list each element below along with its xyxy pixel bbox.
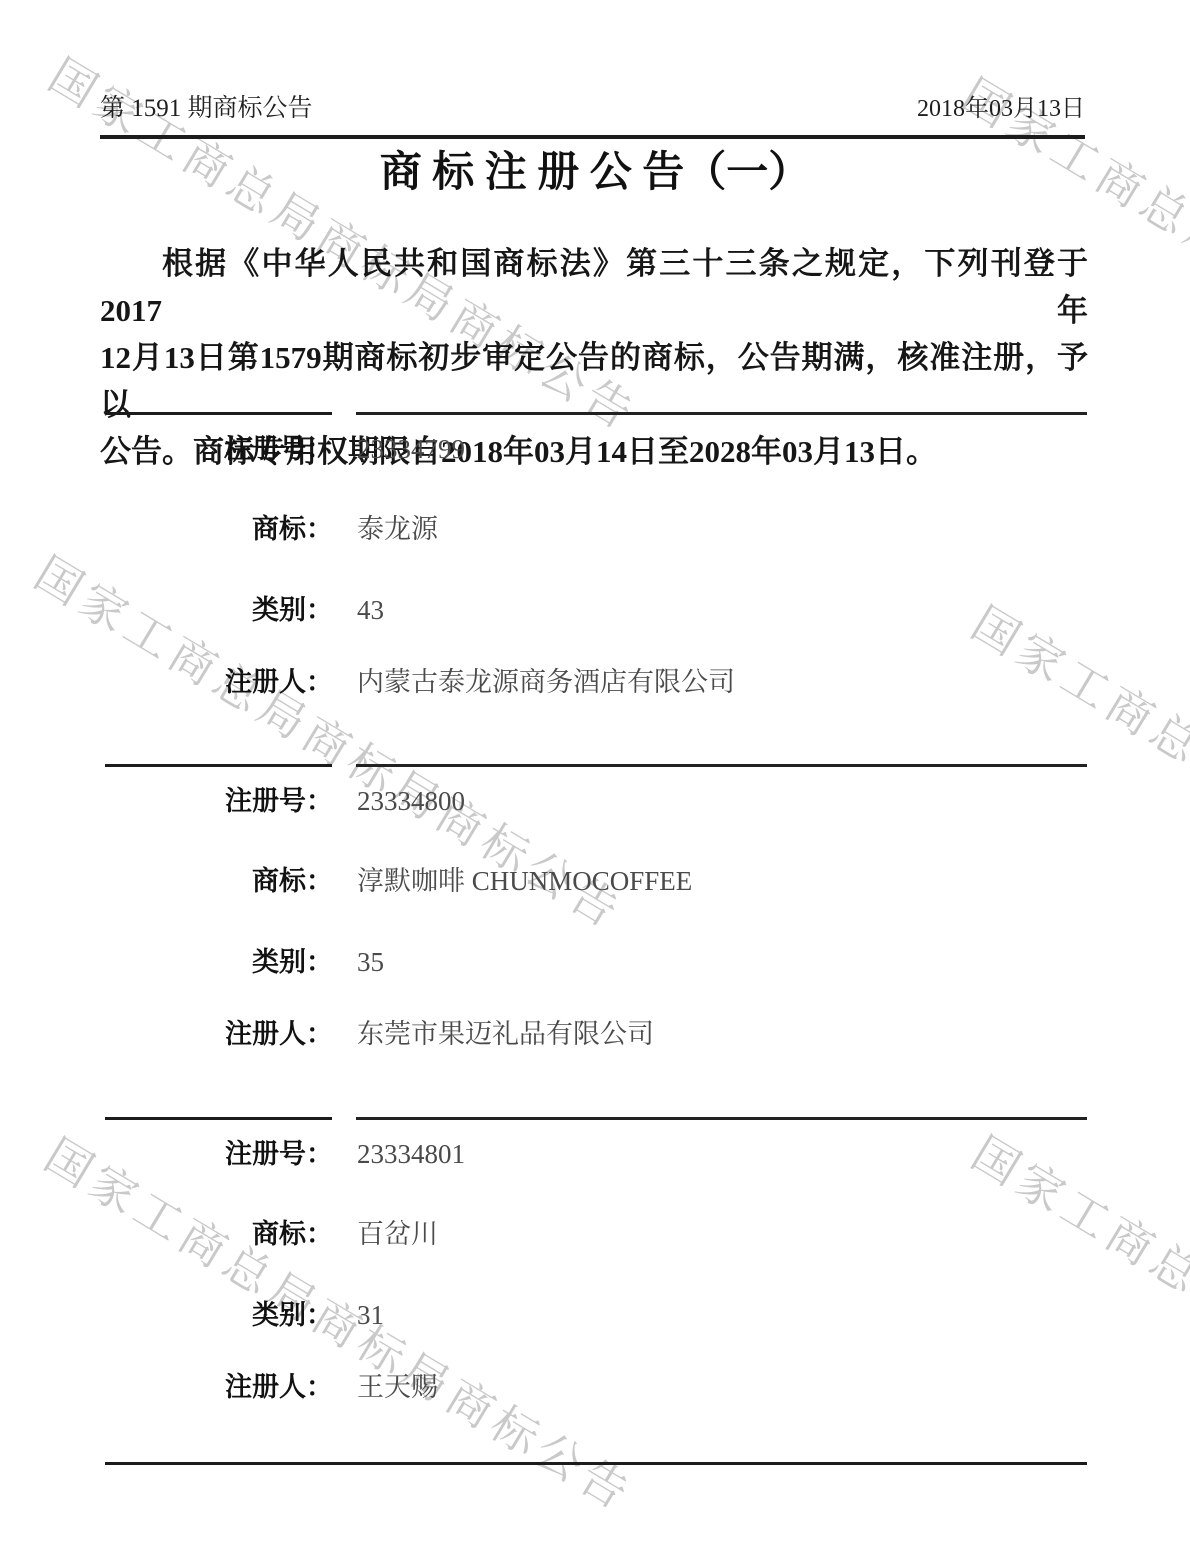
registration-number-label: 注册号： (100, 786, 333, 817)
trademark-label: 商标： (100, 514, 333, 545)
class-value: 31 (357, 1300, 384, 1330)
trademark-entry: 注册号：23334801 商标：百岔川 类别：31 注册人：王天赐 (0, 1118, 1190, 1418)
registration-number-row: 注册号：23334799 (100, 434, 465, 465)
trademark-entry: 注册号：23334800 商标：淳默咖啡 CHUNMOCOFFEE 类别：35 … (0, 765, 1190, 1065)
registrant-label: 注册人： (100, 667, 333, 698)
gazette-date: 2018年03月13日 (917, 95, 1085, 124)
gazette-issue-number: 第 1591 期商标公告 (100, 94, 313, 124)
class-value: 43 (357, 595, 384, 625)
registrant-row: 注册人：王天赐 (100, 1372, 438, 1403)
trademark-value: 淳默咖啡 CHUNMOCOFFEE (357, 866, 692, 896)
trademark-value: 百岔川 (357, 1219, 438, 1249)
registration-number-label: 注册号： (100, 434, 333, 465)
page-title: 商 标 注 册 公 告（一） (0, 150, 1190, 196)
trademark-value: 泰龙源 (357, 514, 438, 544)
trademark-row: 商标：淳默咖啡 CHUNMOCOFFEE (100, 866, 692, 897)
class-label: 类别： (100, 595, 333, 626)
registration-number-label: 注册号： (100, 1139, 333, 1170)
registration-number-value: 23334801 (357, 1139, 465, 1169)
separator-line-final (105, 1462, 1087, 1465)
class-row: 类别：43 (100, 595, 384, 626)
registrant-value: 王天赐 (357, 1372, 438, 1402)
class-row: 类别：35 (100, 947, 384, 978)
document-page: 国家工商总局商标局商标公告 国家工商总局商标局商标公告 国家工商总局商标局商标公… (0, 0, 1190, 1564)
trademark-label: 商标： (100, 1219, 333, 1250)
class-row: 类别：31 (100, 1300, 384, 1331)
class-value: 35 (357, 947, 384, 977)
registrant-value: 东莞市果迈礼品有限公司 (357, 1019, 654, 1049)
registration-number-row: 注册号：23334800 (100, 786, 465, 817)
registration-number-row: 注册号：23334801 (100, 1139, 465, 1170)
registrant-value: 内蒙古泰龙源商务酒店有限公司 (357, 667, 735, 697)
trademark-label: 商标： (100, 866, 333, 897)
header-rule (100, 135, 1085, 139)
trademark-entry: 注册号：23334799 商标：泰龙源 类别：43 注册人：内蒙古泰龙源商务酒店… (0, 413, 1190, 713)
intro-line: 根据《中华人民共和国商标法》第三十三条之规定，下列刊登于2017年 (100, 240, 1088, 334)
trademark-row: 商标：泰龙源 (100, 514, 438, 545)
registrant-row: 注册人：内蒙古泰龙源商务酒店有限公司 (100, 667, 735, 698)
registration-number-value: 23334799 (357, 434, 465, 464)
class-label: 类别： (100, 1300, 333, 1331)
registration-number-value: 23334800 (357, 786, 465, 816)
registrant-label: 注册人： (100, 1019, 333, 1050)
registrant-row: 注册人：东莞市果迈礼品有限公司 (100, 1019, 654, 1050)
registrant-label: 注册人： (100, 1372, 333, 1403)
document-content: 第 1591 期商标公告 2018年03月13日 商 标 注 册 公 告（一） … (0, 0, 1190, 1564)
class-label: 类别： (100, 947, 333, 978)
trademark-row: 商标：百岔川 (100, 1219, 438, 1250)
